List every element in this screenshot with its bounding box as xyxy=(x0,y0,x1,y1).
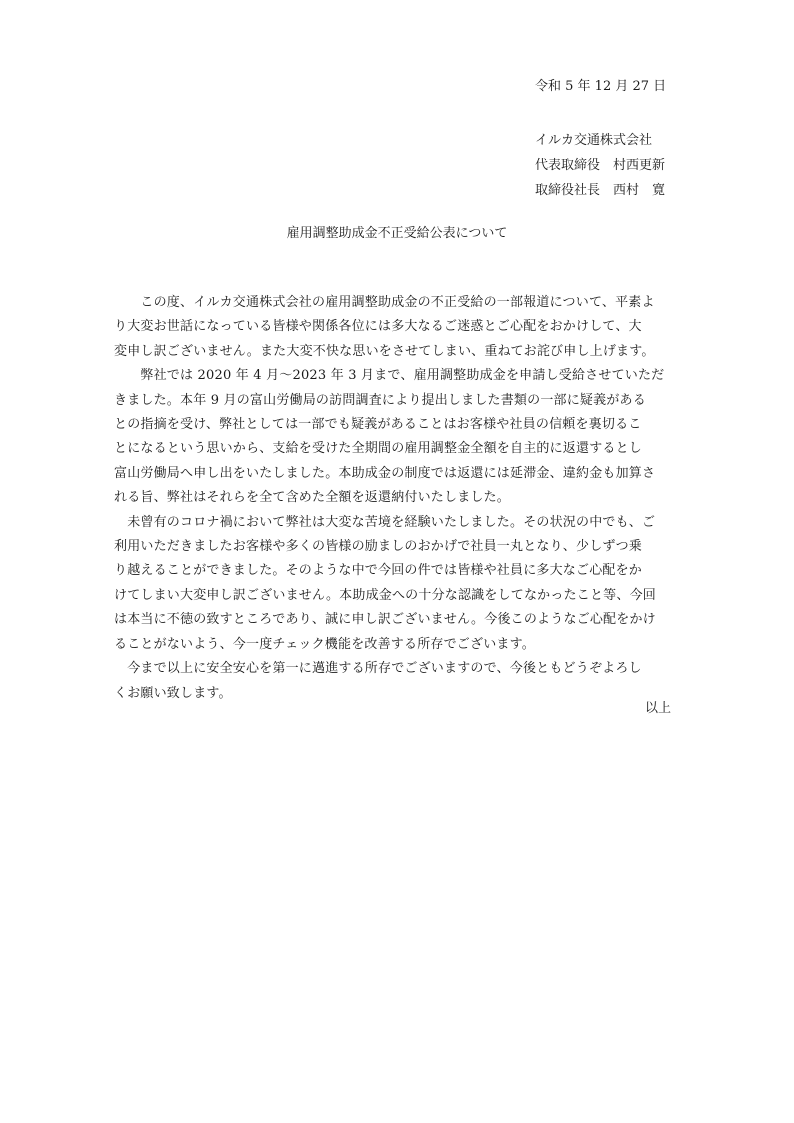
sender-representative: 代表取締役 村西更新 xyxy=(535,153,665,178)
sender-company: イルカ交通株式会社 xyxy=(535,128,665,153)
body-line: けてしまい大変申し訳ございません。本助成金への十分な認識をしてなかったこと等、今… xyxy=(114,584,694,608)
sender-block: イルカ交通株式会社 代表取締役 村西更新 取締役社長 西村 寛 xyxy=(535,128,665,203)
body-line: との指摘を受け、弊社としては一部でも疑義があることはお客様や社員の信頼を裏切るこ xyxy=(114,413,694,437)
body-line: 富山労働局へ申し出をいたしました。本助成金の制度では返還には延滞金、違約金も加算… xyxy=(114,462,694,486)
body-line: くお願い致します。 xyxy=(114,682,694,706)
document-body: この度、イルカ交通株式会社の雇用調整助成金の不正受給の一部報道について、平素よ … xyxy=(114,291,694,706)
document-date: 令和 5 年 12 月 27 日 xyxy=(535,78,666,96)
document-page: 令和 5 年 12 月 27 日 イルカ交通株式会社 代表取締役 村西更新 取締… xyxy=(0,0,794,1123)
body-line: きました。本年 9 月の富山労働局の訪問調査により提出しました書類の一部に疑義が… xyxy=(114,389,694,413)
body-line: り大変お世話になっている皆様や関係各位には多大なるご迷惑とご心配をおかけして、大 xyxy=(114,315,694,339)
body-line: 変申し訳ございません。また大変不快な思いをさせてしまい、重ねてお詫び申し上げます… xyxy=(114,340,694,364)
paragraph-closing-remarks: 今まで以上に安全安心を第一に邁進する所存でございますので、今後ともどうぞよろし … xyxy=(114,657,694,706)
closing-mark: 以上 xyxy=(645,700,671,718)
paragraph-details: 弊社では 2020 年 4 月～2023 年 3 月まで、雇用調整助成金を申請し… xyxy=(114,364,694,510)
body-line: ることがないよう、今一度チェック機能を改善する所存でございます。 xyxy=(114,633,694,657)
body-line: この度、イルカ交通株式会社の雇用調整助成金の不正受給の一部報道について、平素よ xyxy=(114,291,694,315)
body-line: れる旨、弊社はそれらを全て含めた全額を返還納付いたしました。 xyxy=(114,486,694,510)
sender-president: 取締役社長 西村 寛 xyxy=(535,178,665,203)
body-line: とになるという思いから、支給を受けた全期間の雇用調整金全額を自主的に返還するとし xyxy=(114,437,694,461)
body-line: 未曾有のコロナ禍において弊社は大変な苦境を経験いたしました。その状況の中でも、ご xyxy=(114,511,694,535)
body-line: は本当に不徳の致すところであり、誠に申し訳ございません。今後このようなご心配をか… xyxy=(114,608,694,632)
paragraph-apology: この度、イルカ交通株式会社の雇用調整助成金の不正受給の一部報道について、平素よ … xyxy=(114,291,694,364)
body-line: り越えることができました。そのような中で今回の件では皆様や社員に多大なご心配をか xyxy=(114,559,694,583)
document-title: 雇用調整助成金不正受給公表について xyxy=(0,225,794,243)
paragraph-reflection: 未曾有のコロナ禍において弊社は大変な苦境を経験いたしました。その状況の中でも、ご… xyxy=(114,511,694,657)
body-line: 利用いただきましたお客様や多くの皆様の励ましのおかげで社員一丸となり、少しずつ乗 xyxy=(114,535,694,559)
body-line: 今まで以上に安全安心を第一に邁進する所存でございますので、今後ともどうぞよろし xyxy=(114,657,694,681)
body-line: 弊社では 2020 年 4 月～2023 年 3 月まで、雇用調整助成金を申請し… xyxy=(114,364,694,388)
